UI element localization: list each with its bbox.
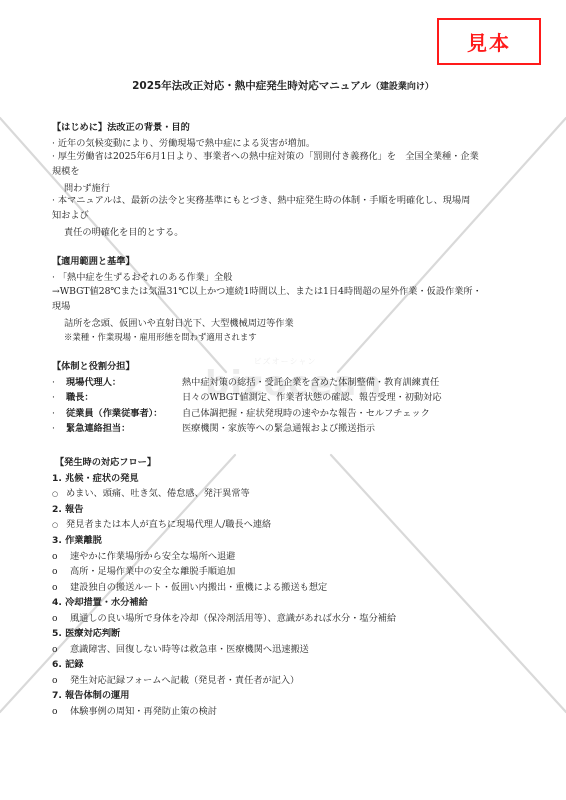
flow-step-title: 4. 冷却措置・水分補給 xyxy=(52,597,148,609)
document-page: ビズオーシャン bizocean 見本 2025年法改正対応・熱中症発生時対応マ… xyxy=(0,0,566,800)
scope-note: ※業種・作業現場・雇用形態を問わず適用されます xyxy=(64,331,257,343)
intro-line: 問わず施行 xyxy=(64,183,110,195)
flow-step-title: 2. 報告 xyxy=(52,504,83,516)
flow-step-item: ○発見者または本人が直ちに現場代理人/職長へ連絡 xyxy=(52,519,271,531)
scope-line: · 「熱中症を生ずるおそれのある作業」全般 xyxy=(52,272,232,284)
role-desc: 自己体調把握・症状発現時の速やかな報告・セルフチェック xyxy=(182,408,430,420)
role-desc: 医療機関・家族等への緊急通報および搬送指示 xyxy=(182,423,375,435)
role-desc: 日々のWBGT値測定、作業者状態の確認、報告受理・初動対応 xyxy=(182,392,442,404)
flow-step-title: 1. 兆候・症状の発見 xyxy=(52,473,139,485)
flow-step-item: o高所・足場作業中の安全な離脱手順追加 xyxy=(52,566,235,578)
sample-stamp: 見本 xyxy=(437,18,541,65)
intro-line: 責任の明確化を目的とする。 xyxy=(64,227,183,239)
role-row: ·従業員（作業従事者）： xyxy=(52,408,162,420)
role-row: ·職長： xyxy=(52,392,94,404)
scope-line: 現場 xyxy=(52,301,70,313)
intro-line: 知および xyxy=(52,210,89,222)
role-row: ·緊急連絡担当： xyxy=(52,423,130,435)
intro-line: 規模を xyxy=(52,166,80,178)
flow-step-item: o意識障害、回復しない時等は救急車・医療機関へ迅速搬送 xyxy=(52,644,309,656)
section-heading-roles: 【体制と役割分担】 xyxy=(52,361,135,373)
intro-line: · 近年の気候変動により、労働現場で熱中症による災害が増加。 xyxy=(52,138,315,150)
section-heading-intro: 【はじめに】法改正の背景・目的 xyxy=(52,122,190,134)
flow-step-title: 5. 医療対応判断 xyxy=(52,628,120,640)
stamp-label: 見本 xyxy=(467,27,511,56)
document-title: 2025年法改正対応・熱中症発生時対応マニュアル（建設業向け） xyxy=(0,78,566,93)
flow-step-title: 6. 記録 xyxy=(52,659,83,671)
intro-line: · 本マニュアルは、最新の法令と実務基準にもとづき、熱中症発生時の体制・手順を明… xyxy=(52,195,470,207)
flow-step-item: o体験事例の周知・再発防止策の検討 xyxy=(52,706,217,718)
scope-line: →WBGT値28℃または気温31℃以上かつ連続1時間以上、または1日4時間超の屋… xyxy=(52,286,482,298)
flow-step-item: o発生対応記録フォームへ記載（発見者・責任者が記入） xyxy=(52,675,299,687)
scope-line: 詰所を念頭、仮囲いや直射日光下、大型機械周辺等作業 xyxy=(64,318,294,330)
section-heading-flow: 【発生時の対応フロー】 xyxy=(55,457,156,469)
flow-step-title: 3. 作業離脱 xyxy=(52,535,102,547)
flow-step-item: o建設独自の搬送ルート・仮囲い内搬出・重機による搬送も想定 xyxy=(52,582,327,594)
flow-step-item: o速やかに作業場所から安全な場所へ退避 xyxy=(52,551,235,563)
flow-step-item: o風通しの良い場所で身体を冷却（保冷剤活用等）、意識があれば水分・塩分補給 xyxy=(52,613,396,625)
intro-line: · 厚生労働省は2025年6月1日より、事業者への熱中症対策の「罰則付き義務化」… xyxy=(52,151,479,163)
role-row: ·現場代理人： xyxy=(52,377,121,389)
role-desc: 熱中症対策の総括・受託企業を含めた体制整備・教育訓練責任 xyxy=(182,377,439,389)
flow-step-title: 7. 報告体制の運用 xyxy=(52,690,129,702)
section-heading-scope: 【適用範囲と基準】 xyxy=(52,256,135,268)
flow-step-item: ○めまい、頭痛、吐き気、倦怠感、発汗異常等 xyxy=(52,488,250,500)
